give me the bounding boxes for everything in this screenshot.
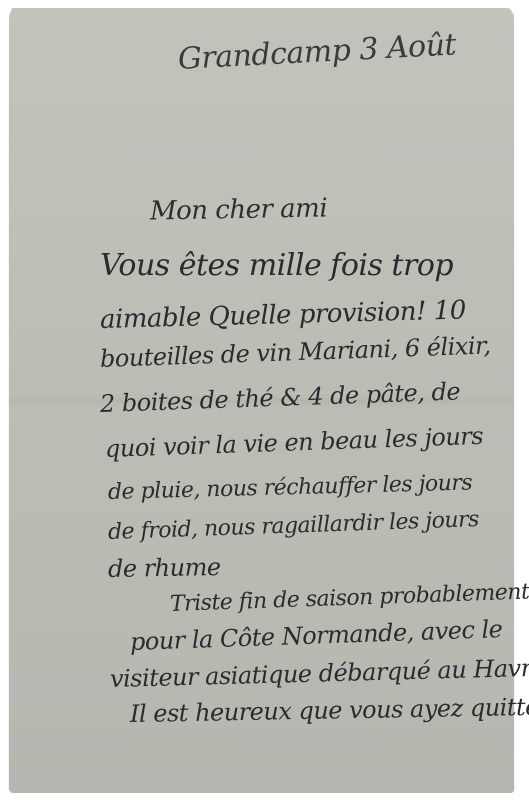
letter-salutation: Mon cher ami (150, 193, 328, 226)
letter-line-8: de rhume (108, 553, 221, 583)
document-page: Grandcamp 3 Août Mon cher ami Vous êtes … (0, 0, 529, 800)
letter-line-1: Vous êtes mille fois trop (100, 248, 453, 283)
